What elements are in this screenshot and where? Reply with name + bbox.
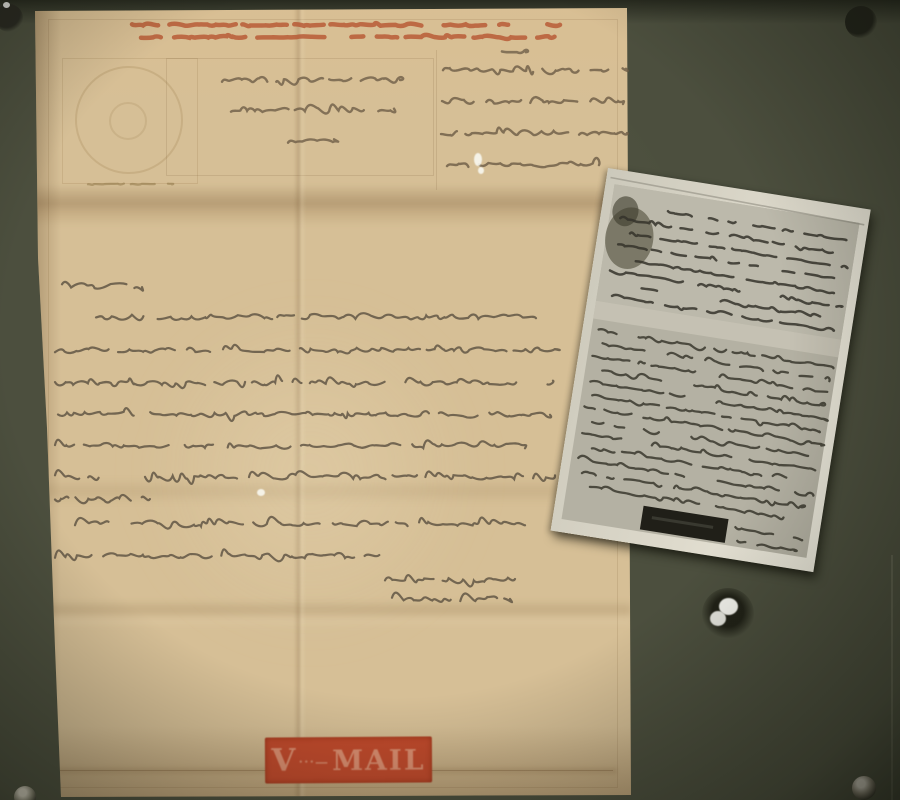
screw-glint-icon — [3, 2, 10, 8]
vmail-logo-stamp: V ···— MAIL — [265, 736, 432, 783]
paper-highlight — [145, 308, 475, 638]
sender-panel-divider — [436, 50, 437, 190]
photo-content-layer — [551, 168, 871, 572]
vmail-letter: V ···— MAIL — [35, 8, 631, 797]
pin-glint-icon — [710, 611, 726, 626]
screw-bottom-right — [852, 776, 876, 800]
vmail-logo-v: V — [271, 742, 295, 778]
vmail-logo-mail: MAIL — [332, 743, 426, 777]
shiny-pin-right — [702, 588, 754, 640]
board-edge-highlight — [891, 555, 893, 800]
paint-speck-1 — [474, 153, 482, 166]
horizontal-fold-shadow — [35, 184, 631, 226]
paint-speck-2 — [478, 167, 484, 174]
museum-display-photo: V ···— MAIL — [0, 0, 900, 800]
paint-speck-3 — [257, 489, 265, 496]
screw-hole-top-right — [845, 6, 877, 38]
censor-stamp-inner-circle — [109, 102, 147, 140]
vmail-logo-morse: ···— — [298, 755, 329, 770]
microfilm-photo-print — [551, 168, 871, 572]
